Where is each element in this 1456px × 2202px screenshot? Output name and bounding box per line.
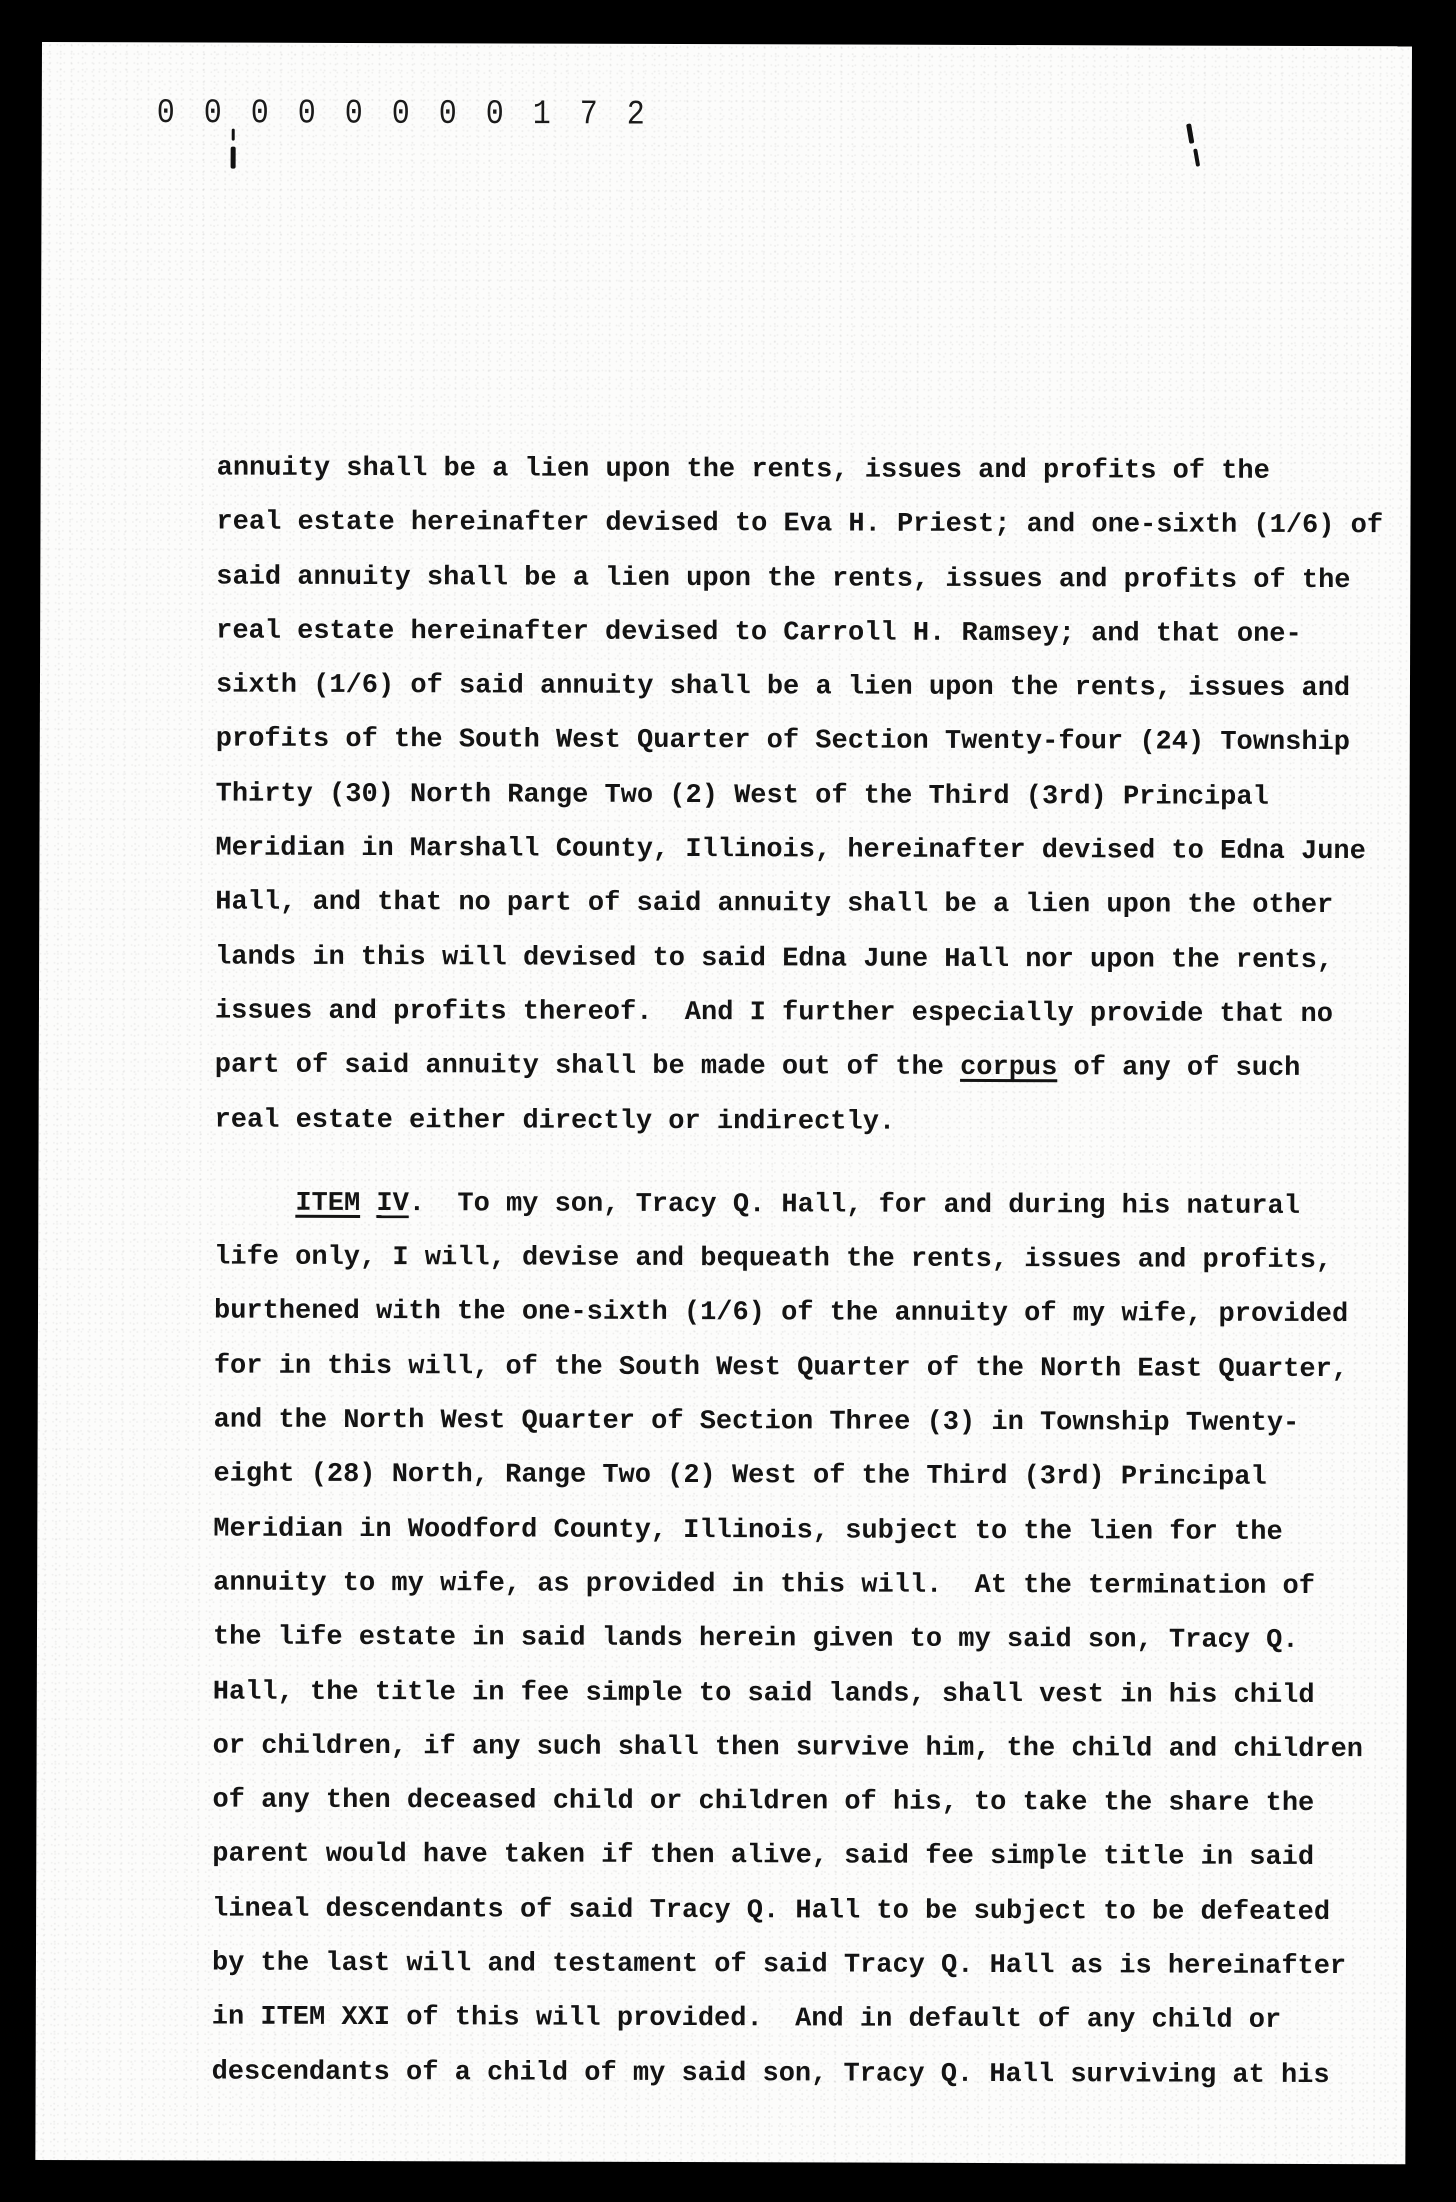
- text-segment: real estate either directly or indirectl…: [215, 1105, 896, 1137]
- text-segment: part of said annuity shall be made out o…: [215, 1051, 960, 1083]
- text-segment: life only, I will, devise and bequeath t…: [214, 1243, 1332, 1277]
- text-segment: profits of the South West Quarter of Sec…: [216, 725, 1350, 759]
- stray-mark: [1186, 123, 1194, 144]
- paragraph: ITEM IV. To my son, Tracy Q. Hall, for a…: [212, 1176, 1381, 2103]
- text-line: Meridian in Marshall County, Illinois, h…: [215, 822, 1382, 880]
- text-line: for in this will, of the South West Quar…: [214, 1339, 1381, 1397]
- text-line: said annuity shall be a lien upon the re…: [216, 550, 1383, 608]
- text-segment: the life estate in said lands herein giv…: [213, 1623, 1299, 1656]
- text-line: or children, if any such shall then surv…: [213, 1719, 1380, 1777]
- text-segment: issues and profits thereof. And I furthe…: [215, 997, 1333, 1031]
- underlined-text: ITEM: [295, 1189, 360, 1219]
- text-line: ITEM IV. To my son, Tracy Q. Hall, for a…: [214, 1176, 1381, 1234]
- text-line: Hall, the title in fee simple to said la…: [213, 1665, 1380, 1723]
- text-line: by the last will and testament of said T…: [212, 1937, 1379, 1995]
- text-segment: Hall, the title in fee simple to said la…: [213, 1677, 1315, 1710]
- text-segment: lineal descendants of said Tracy Q. Hall…: [212, 1894, 1330, 1928]
- text-segment: real estate hereinafter devised to Carro…: [216, 616, 1302, 649]
- text-line: lands in this will devised to said Edna …: [215, 930, 1382, 988]
- text-segment: parent would have taken if then alive, s…: [212, 1840, 1314, 1873]
- text-line: in ITEM XXI of this will provided. And i…: [212, 1991, 1379, 2049]
- text-line: burthened with the one-sixth (1/6) of th…: [214, 1285, 1381, 1343]
- text-segment: Meridian in Marshall County, Illinois, h…: [215, 834, 1365, 868]
- text-segment: Hall, and that no part of said annuity s…: [215, 888, 1333, 922]
- text-segment: real estate hereinafter devised to Eva H…: [216, 508, 1383, 542]
- text-line: profits of the South West Quarter of Sec…: [216, 713, 1383, 771]
- text-segment: by the last will and testament of said T…: [212, 1949, 1346, 1983]
- text-line: real estate either directly or indirectl…: [215, 1093, 1382, 1151]
- text-line: and the North West Quarter of Section Th…: [214, 1394, 1381, 1452]
- text-segment: annuity to my wife, as provided in this …: [213, 1568, 1315, 1601]
- text-line: issues and profits thereof. And I furthe…: [215, 985, 1382, 1043]
- text-line: part of said annuity shall be made out o…: [215, 1039, 1382, 1097]
- text-line: eight (28) North, Range Two (2) West of …: [213, 1448, 1380, 1506]
- text-segment: lands in this will devised to said Edna …: [215, 942, 1333, 976]
- text-segment: burthened with the one-sixth (1/6) of th…: [214, 1297, 1348, 1331]
- text-line: real estate hereinafter devised to Eva H…: [216, 496, 1383, 554]
- text-line: parent would have taken if then alive, s…: [212, 1828, 1379, 1886]
- text-line: life only, I will, devise and bequeath t…: [214, 1231, 1381, 1289]
- text-segment: said annuity shall be a lien upon the re…: [216, 562, 1350, 596]
- text-segment: annuity shall be a lien upon the rents, …: [217, 454, 1270, 487]
- text-segment: descendants of a child of my said son, T…: [212, 2057, 1330, 2091]
- text-segment: or children, if any such shall then surv…: [213, 1731, 1363, 1765]
- text-line: sixth (1/6) of said annuity shall be a l…: [216, 659, 1383, 717]
- text-segment: Meridian in Woodford County, Illinois, s…: [213, 1514, 1282, 1547]
- document-body: annuity shall be a lien upon the rents, …: [212, 442, 1384, 2104]
- text-line: of any then deceased child or children o…: [212, 1774, 1379, 1832]
- text-segment: of any then deceased child or children o…: [212, 1786, 1314, 1819]
- text-line: real estate hereinafter devised to Carro…: [216, 604, 1383, 662]
- text-line: the life estate in said lands herein giv…: [213, 1611, 1380, 1669]
- stray-mark: [231, 147, 236, 169]
- text-segment: [214, 1188, 295, 1218]
- text-segment: Thirty (30) North Range Two (2) West of …: [216, 779, 1269, 812]
- text-line: Thirty (30) North Range Two (2) West of …: [216, 767, 1383, 825]
- stray-mark: [232, 129, 235, 141]
- text-segment: . To my son, Tracy Q. Hall, for and duri…: [409, 1189, 1300, 1222]
- text-segment: of any of such: [1057, 1053, 1300, 1084]
- text-line: descendants of a child of my said son, T…: [212, 2045, 1379, 2103]
- text-line: annuity to my wife, as provided in this …: [213, 1556, 1380, 1614]
- text-segment: in ITEM XXI of this will provided. And i…: [212, 2003, 1281, 2036]
- paragraph: annuity shall be a lien upon the rents, …: [215, 442, 1384, 1152]
- underlined-text: corpus: [960, 1053, 1057, 1083]
- text-segment: for in this will, of the South West Quar…: [214, 1351, 1348, 1385]
- text-segment: [360, 1189, 376, 1219]
- text-line: Meridian in Woodford County, Illinois, s…: [213, 1502, 1380, 1560]
- text-line: Hall, and that no part of said annuity s…: [215, 876, 1382, 934]
- stray-mark: [1193, 148, 1200, 166]
- text-line: lineal descendants of said Tracy Q. Hall…: [212, 1882, 1379, 1940]
- document-page: 00000000172 annuity shall be a lien upon…: [35, 42, 1412, 2164]
- text-segment: eight (28) North, Range Two (2) West of …: [213, 1460, 1266, 1493]
- text-line: annuity shall be a lien upon the rents, …: [217, 442, 1384, 500]
- text-segment: and the North West Quarter of Section Th…: [214, 1406, 1300, 1439]
- underlined-text: IV: [376, 1189, 409, 1219]
- text-segment: sixth (1/6) of said annuity shall be a l…: [216, 671, 1350, 705]
